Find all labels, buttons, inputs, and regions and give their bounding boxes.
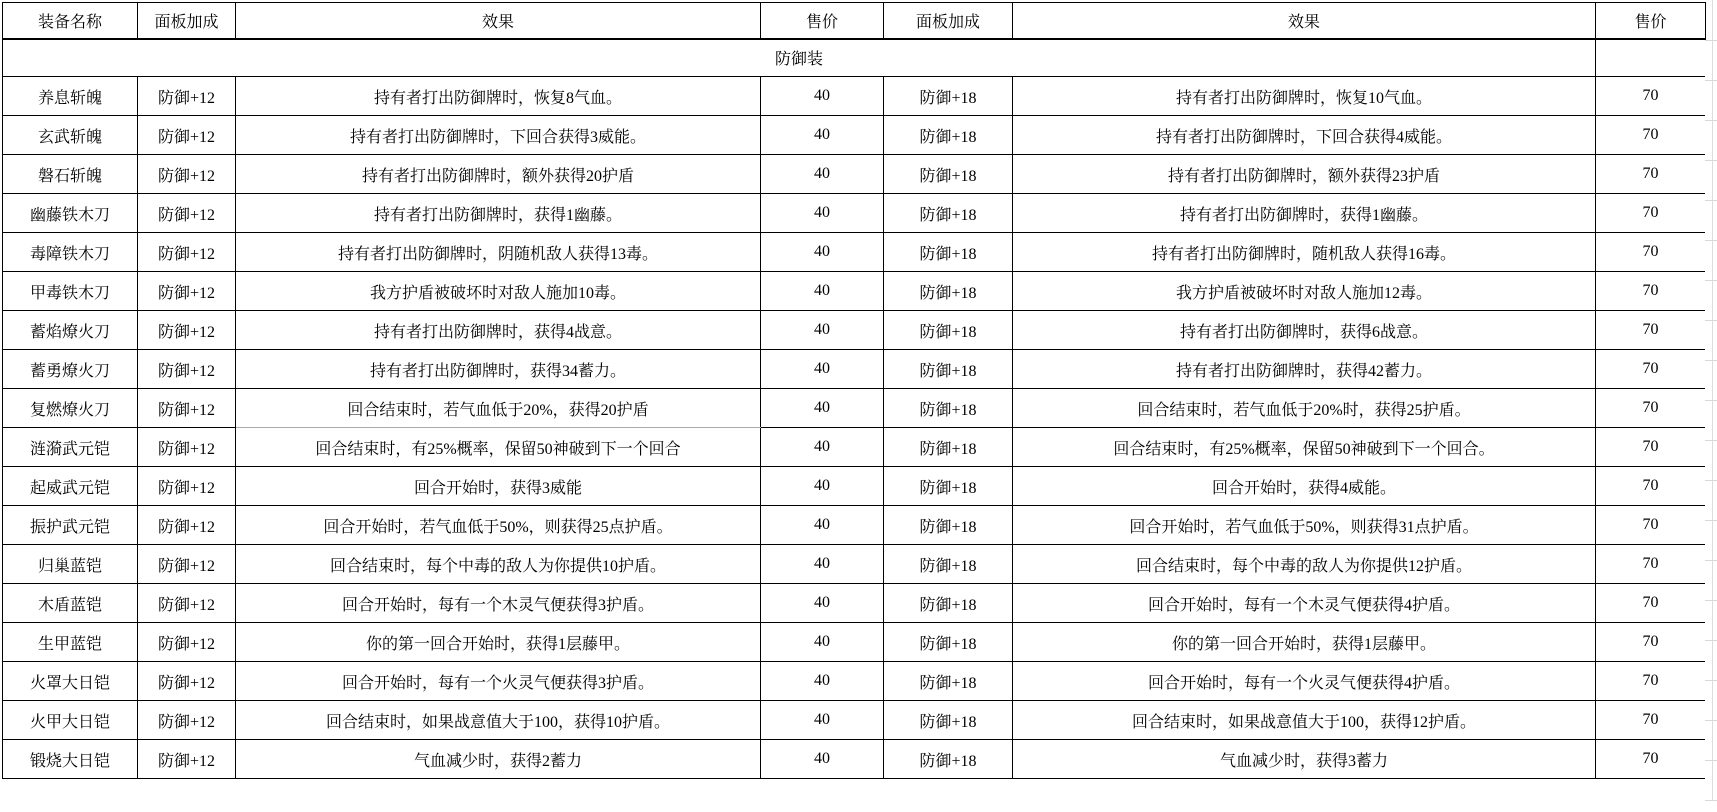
table-row: 锻烧大日铠防御+12气血减少时，获得2蓄力40防御+18气血减少时，获得3蓄力7… [3,740,1706,779]
price-tier1-cell: 40 [761,116,884,155]
equipment-name-cell: 火甲大日铠 [3,701,138,740]
panel-bonus-tier2-cell: 防御+18 [884,506,1013,545]
price-tier2-cell: 70 [1596,623,1706,662]
panel-bonus-tier1-cell: 防御+12 [138,194,236,233]
price-tier2-cell: 70 [1596,233,1706,272]
panel-bonus-tier2-cell: 防御+18 [884,233,1013,272]
panel-bonus-tier1-cell: 防御+12 [138,584,236,623]
table-row: 火罩大日铠防御+12回合开始时，每有一个火灵气便获得3护盾。40防御+18回合开… [3,662,1706,701]
effect-tier1-cell: 回合开始时，每有一个木灵气便获得3护盾。 [236,584,761,623]
price-tier1-cell: 40 [761,389,884,428]
equipment-name-cell: 养息斩魄 [3,77,138,116]
price-tier1-cell: 40 [761,467,884,506]
panel-bonus-tier2-cell: 防御+18 [884,311,1013,350]
price-tier1-cell: 40 [761,506,884,545]
equipment-name-cell: 甲毒铁木刀 [3,272,138,311]
equipment-name-cell: 玄武斩魄 [3,116,138,155]
header-price-tier2: 售价 [1596,3,1706,39]
gridline-extension-vertical [1712,0,1713,800]
panel-bonus-tier2-cell: 防御+18 [884,272,1013,311]
price-tier2-cell: 70 [1596,272,1706,311]
table-row: 火甲大日铠防御+12回合结束时，如果战意值大于100，获得10护盾。40防御+1… [3,701,1706,740]
panel-bonus-tier2-cell: 防御+18 [884,467,1013,506]
table-row: 玄武斩魄防御+12持有者打出防御牌时，下回合获得3威能。40防御+18持有者打出… [3,116,1706,155]
panel-bonus-tier1-cell: 防御+12 [138,701,236,740]
price-tier1-cell: 40 [761,701,884,740]
effect-tier1-cell: 持有者打出防御牌时，阴随机敌人获得13毒。 [236,233,761,272]
price-tier2-cell: 70 [1596,77,1706,116]
panel-bonus-tier2-cell: 防御+18 [884,623,1013,662]
price-tier1-cell: 40 [761,584,884,623]
panel-bonus-tier1-cell: 防御+12 [138,311,236,350]
effect-tier2-cell: 持有者打出防御牌时，恢复10气血。 [1013,77,1596,116]
panel-bonus-tier2-cell: 防御+18 [884,116,1013,155]
effect-tier2-cell: 回合结束时，每个中毒的敌人为你提供12护盾。 [1013,545,1596,584]
table-row: 幽藤铁木刀防御+12持有者打出防御牌时，获得1幽藤。40防御+18持有者打出防御… [3,194,1706,233]
panel-bonus-tier2-cell: 防御+18 [884,740,1013,779]
price-tier1-cell: 40 [761,662,884,701]
price-tier2-cell: 70 [1596,116,1706,155]
price-tier2-cell: 70 [1596,701,1706,740]
panel-bonus-tier1-cell: 防御+12 [138,272,236,311]
equipment-table: 装备名称 面板加成 效果 售价 面板加成 效果 售价 防御装 养息斩魄防御+12… [2,2,1706,779]
effect-tier2-cell: 持有者打出防御牌时，额外获得23护盾 [1013,155,1596,194]
panel-bonus-tier2-cell: 防御+18 [884,389,1013,428]
panel-bonus-tier1-cell: 防御+12 [138,350,236,389]
panel-bonus-tier2-cell: 防御+18 [884,194,1013,233]
price-tier1-cell: 40 [761,623,884,662]
price-tier2-cell: 70 [1596,350,1706,389]
price-tier1-cell: 40 [761,233,884,272]
effect-tier1-cell: 回合开始时，若气血低于50%，则获得25点护盾。 [236,506,761,545]
panel-bonus-tier2-cell: 防御+18 [884,77,1013,116]
header-effect-tier1: 效果 [236,3,761,39]
equipment-name-cell: 复燃燎火刀 [3,389,138,428]
table-row: 蓄勇燎火刀防御+12持有者打出防御牌时，获得34蓄力。40防御+18持有者打出防… [3,350,1706,389]
table-row: 起威武元铠防御+12回合开始时，获得3威能40防御+18回合开始时，获得4威能。… [3,467,1706,506]
panel-bonus-tier1-cell: 防御+12 [138,623,236,662]
panel-bonus-tier1-cell: 防御+12 [138,740,236,779]
effect-tier1-cell: 回合结束时，有25%概率，保留50神破到下一个回合 [236,428,761,467]
equipment-name-cell: 幽藤铁木刀 [3,194,138,233]
price-tier2-cell: 70 [1596,155,1706,194]
panel-bonus-tier1-cell: 防御+12 [138,77,236,116]
section-title: 防御装 [3,39,1596,77]
equipment-table-body: 防御装 养息斩魄防御+12持有者打出防御牌时，恢复8气血。40防御+18持有者打… [3,39,1706,779]
effect-tier2-cell: 回合开始时，若气血低于50%，则获得31点护盾。 [1013,506,1596,545]
effect-tier1-cell: 持有者打出防御牌时，获得34蓄力。 [236,350,761,389]
effect-tier2-cell: 持有者打出防御牌时，获得6战意。 [1013,311,1596,350]
price-tier2-cell: 70 [1596,506,1706,545]
price-tier1-cell: 40 [761,311,884,350]
effect-tier2-cell: 回合结束时，如果战意值大于100，获得12护盾。 [1013,701,1596,740]
equipment-name-cell: 毒障铁木刀 [3,233,138,272]
panel-bonus-tier1-cell: 防御+12 [138,662,236,701]
price-tier1-cell: 40 [761,77,884,116]
effect-tier1-cell: 你的第一回合开始时，获得1层藤甲。 [236,623,761,662]
panel-bonus-tier2-cell: 防御+18 [884,701,1013,740]
effect-tier2-cell: 持有者打出防御牌时，下回合获得4威能。 [1013,116,1596,155]
price-tier1-cell: 40 [761,428,884,467]
table-row: 磐石斩魄防御+12持有者打出防御牌时，额外获得20护盾40防御+18持有者打出防… [3,155,1706,194]
panel-bonus-tier1-cell: 防御+12 [138,233,236,272]
effect-tier1-cell: 回合结束时，若气血低于20%，获得20护盾 [236,389,761,428]
price-tier1-cell: 40 [761,194,884,233]
gridline-extension-horizontal [1705,40,1717,801]
price-tier1-cell: 40 [761,545,884,584]
price-tier2-cell: 70 [1596,389,1706,428]
header-panel-bonus-tier2: 面板加成 [884,3,1013,39]
effect-tier2-cell: 回合开始时，每有一个火灵气便获得4护盾。 [1013,662,1596,701]
panel-bonus-tier1-cell: 防御+12 [138,545,236,584]
effect-tier1-cell: 气血减少时，获得2蓄力 [236,740,761,779]
header-row: 装备名称 面板加成 效果 售价 面板加成 效果 售价 [3,3,1706,39]
effect-tier1-cell: 持有者打出防御牌时，额外获得20护盾 [236,155,761,194]
table-row: 复燃燎火刀防御+12回合结束时，若气血低于20%，获得20护盾40防御+18回合… [3,389,1706,428]
header-panel-bonus-tier1: 面板加成 [138,3,236,39]
equipment-name-cell: 生甲蓝铠 [3,623,138,662]
panel-bonus-tier2-cell: 防御+18 [884,428,1013,467]
table-row: 蓄焰燎火刀防御+12持有者打出防御牌时，获得4战意。40防御+18持有者打出防御… [3,311,1706,350]
panel-bonus-tier2-cell: 防御+18 [884,545,1013,584]
effect-tier1-cell: 持有者打出防御牌时，获得4战意。 [236,311,761,350]
price-tier2-cell: 70 [1596,311,1706,350]
effect-tier2-cell: 回合开始时，获得4威能。 [1013,467,1596,506]
panel-bonus-tier1-cell: 防御+12 [138,389,236,428]
panel-bonus-tier2-cell: 防御+18 [884,155,1013,194]
equipment-name-cell: 起威武元铠 [3,467,138,506]
price-tier1-cell: 40 [761,155,884,194]
panel-bonus-tier1-cell: 防御+12 [138,428,236,467]
header-equipment-name: 装备名称 [3,3,138,39]
effect-tier2-cell: 我方护盾被破坏时对敌人施加12毒。 [1013,272,1596,311]
effect-tier1-cell: 持有者打出防御牌时，获得1幽藤。 [236,194,761,233]
equipment-name-cell: 磐石斩魄 [3,155,138,194]
effect-tier1-cell: 持有者打出防御牌时，恢复8气血。 [236,77,761,116]
price-tier1-cell: 40 [761,740,884,779]
price-tier2-cell: 70 [1596,662,1706,701]
panel-bonus-tier2-cell: 防御+18 [884,584,1013,623]
panel-bonus-tier1-cell: 防御+12 [138,155,236,194]
equipment-name-cell: 锻烧大日铠 [3,740,138,779]
table-row: 甲毒铁木刀防御+12我方护盾被破坏时对敌人施加10毒。40防御+18我方护盾被破… [3,272,1706,311]
price-tier2-cell: 70 [1596,194,1706,233]
table-row: 木盾蓝铠防御+12回合开始时，每有一个木灵气便获得3护盾。40防御+18回合开始… [3,584,1706,623]
price-tier1-cell: 40 [761,272,884,311]
price-tier2-cell: 70 [1596,428,1706,467]
table-row: 养息斩魄防御+12持有者打出防御牌时，恢复8气血。40防御+18持有者打出防御牌… [3,77,1706,116]
effect-tier1-cell: 回合结束时，每个中毒的敌人为你提供10护盾。 [236,545,761,584]
price-tier2-cell: 70 [1596,467,1706,506]
table-row: 毒障铁木刀防御+12持有者打出防御牌时，阴随机敌人获得13毒。40防御+18持有… [3,233,1706,272]
price-tier2-cell: 70 [1596,740,1706,779]
table-row: 振护武元铠防御+12回合开始时，若气血低于50%，则获得25点护盾。40防御+1… [3,506,1706,545]
panel-bonus-tier2-cell: 防御+18 [884,662,1013,701]
table-row: 归巢蓝铠防御+12回合结束时，每个中毒的敌人为你提供10护盾。40防御+18回合… [3,545,1706,584]
panel-bonus-tier1-cell: 防御+12 [138,506,236,545]
effect-tier2-cell: 持有者打出防御牌时，随机敌人获得16毒。 [1013,233,1596,272]
effect-tier2-cell: 回合结束时，若气血低于20%时，获得25护盾。 [1013,389,1596,428]
effect-tier1-cell: 回合开始时，每有一个火灵气便获得3护盾。 [236,662,761,701]
effect-tier2-cell: 你的第一回合开始时，获得1层藤甲。 [1013,623,1596,662]
section-row: 防御装 [3,39,1706,77]
equipment-name-cell: 振护武元铠 [3,506,138,545]
equipment-name-cell: 归巢蓝铠 [3,545,138,584]
equipment-name-cell: 火罩大日铠 [3,662,138,701]
panel-bonus-tier1-cell: 防御+12 [138,116,236,155]
effect-tier2-cell: 回合结束时，有25%概率，保留50神破到下一个回合。 [1013,428,1596,467]
equipment-name-cell: 木盾蓝铠 [3,584,138,623]
effect-tier1-cell: 回合结束时，如果战意值大于100，获得10护盾。 [236,701,761,740]
effect-tier1-cell: 我方护盾被破坏时对敌人施加10毒。 [236,272,761,311]
section-empty-cell [1596,39,1706,77]
header-effect-tier2: 效果 [1013,3,1596,39]
price-tier1-cell: 40 [761,350,884,389]
equipment-name-cell: 蓄勇燎火刀 [3,350,138,389]
table-row: 涟漪武元铠防御+12回合结束时，有25%概率，保留50神破到下一个回合40防御+… [3,428,1706,467]
effect-tier2-cell: 持有者打出防御牌时，获得1幽藤。 [1013,194,1596,233]
panel-bonus-tier2-cell: 防御+18 [884,350,1013,389]
effect-tier2-cell: 持有者打出防御牌时，获得42蓄力。 [1013,350,1596,389]
header-price-tier1: 售价 [761,3,884,39]
effect-tier2-cell: 气血减少时，获得3蓄力 [1013,740,1596,779]
equipment-name-cell: 涟漪武元铠 [3,428,138,467]
effect-tier2-cell: 回合开始时，每有一个木灵气便获得4护盾。 [1013,584,1596,623]
effect-tier1-cell: 持有者打出防御牌时，下回合获得3威能。 [236,116,761,155]
price-tier2-cell: 70 [1596,584,1706,623]
effect-tier1-cell: 回合开始时，获得3威能 [236,467,761,506]
equipment-name-cell: 蓄焰燎火刀 [3,311,138,350]
table-row: 生甲蓝铠防御+12你的第一回合开始时，获得1层藤甲。40防御+18你的第一回合开… [3,623,1706,662]
panel-bonus-tier1-cell: 防御+12 [138,467,236,506]
price-tier2-cell: 70 [1596,545,1706,584]
